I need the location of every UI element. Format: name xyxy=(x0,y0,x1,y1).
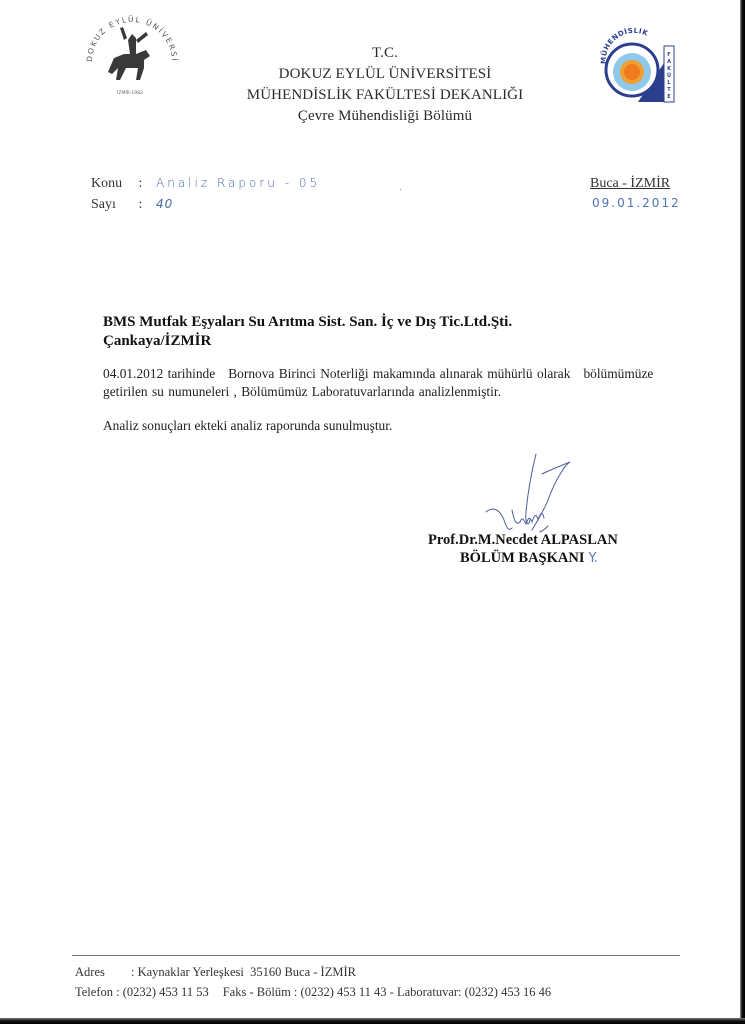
place: Buca - İZMİR xyxy=(590,173,681,194)
number-value: 40 xyxy=(156,197,173,211)
lab-value: (0232) 453 16 46 xyxy=(465,985,551,999)
header-faculty: MÜHENDİSLİK FAKÜLTESİ DEKANLIĞI xyxy=(210,85,560,106)
horseman-emblem-icon xyxy=(108,27,150,80)
letter-meta: Konu : Analiz Raporu - 05 Sayı : 40 xyxy=(91,173,320,215)
number-row: Sayı : 40 xyxy=(91,194,320,215)
footer-contact: Adres: Kaynaklar Yerleşkesi 35160 Buca -… xyxy=(75,962,551,1002)
header-department: Çevre Mühendisliği Bölümü xyxy=(210,106,560,127)
header-tc: T.C. xyxy=(210,43,560,64)
colon: : xyxy=(113,985,123,999)
stray-mark: · xyxy=(399,185,402,196)
signatory-title-row: BÖLÜM BAŞKANIY. xyxy=(428,549,628,568)
svg-text:A: A xyxy=(667,59,671,65)
subject-row: Konu : Analiz Raporu - 05 xyxy=(91,173,320,194)
address-value: Kaynaklar Yerleşkesi 35160 Buca - İZMİR xyxy=(138,965,356,979)
colon: : xyxy=(458,985,465,999)
svg-text:T: T xyxy=(667,87,671,93)
recipient-location: Çankaya/İZMİR xyxy=(103,332,512,351)
colon: : xyxy=(291,985,301,999)
subject-label: Konu xyxy=(91,173,135,194)
letterhead: T.C. DOKUZ EYLÜL ÜNİVERSİTESİ MÜHENDİSLİ… xyxy=(210,43,560,127)
colon: : xyxy=(131,965,138,979)
signatory-block: Prof.Dr.M.Necdet ALPASLAN BÖLÜM BAŞKANIY… xyxy=(428,531,628,568)
footer-divider xyxy=(72,955,680,956)
number-label: Sayı xyxy=(91,194,135,215)
scan-edge-bottom xyxy=(0,1018,745,1024)
signatory-name: Prof.Dr.M.Necdet ALPASLAN xyxy=(428,531,628,549)
lab-label: Laboratuvar xyxy=(397,985,458,999)
phone-value: (0232) 453 11 53 xyxy=(123,985,209,999)
letter-body: 04.01.2012 tarihinde Bornova Birinci Not… xyxy=(103,365,673,451)
phone-row: Telefon : (0232) 453 11 53Faks - Bölüm :… xyxy=(75,982,551,1002)
fax-value: (0232) 453 11 43 xyxy=(301,985,387,999)
signatory-title: BÖLÜM BAŞKANI xyxy=(460,550,584,566)
header-university: DOKUZ EYLÜL ÜNİVERSİTESİ xyxy=(210,64,560,85)
address-row: Adres: Kaynaklar Yerleşkesi 35160 Buca -… xyxy=(75,962,551,982)
recipient-company: BMS Mutfak Eşyaları Su Arıtma Sist. San.… xyxy=(103,313,512,332)
university-logo: DOKUZ EYLÜL ÜNİVERSİTESİ İZMİR-1982 xyxy=(80,10,180,105)
scan-edge-right xyxy=(740,0,745,1024)
recipient-block: BMS Mutfak Eşyaları Su Arıtma Sist. San.… xyxy=(103,313,512,351)
initial-mark: Y. xyxy=(588,551,597,566)
address-label: Adres xyxy=(75,962,131,982)
faculty-logo: F A K Ü L T E MÜHENDİSLİK xyxy=(598,28,676,106)
svg-text:E: E xyxy=(667,94,671,100)
colon: : xyxy=(139,194,153,215)
svg-text:F: F xyxy=(667,52,670,58)
sun-emblem-icon xyxy=(620,60,644,84)
svg-text:İZMİR-1982: İZMİR-1982 xyxy=(117,89,143,96)
subject-value: Analiz Raporu - 05 xyxy=(156,176,320,190)
body-paragraph-1: 04.01.2012 tarihinde Bornova Birinci Not… xyxy=(103,365,673,401)
place-date: Buca - İZMİR 09.01.2012 xyxy=(590,173,681,210)
fax-label: Faks - Bölüm xyxy=(223,985,291,999)
phone-label: Telefon xyxy=(75,985,113,999)
colon: : xyxy=(139,173,153,194)
date: 09.01.2012 xyxy=(592,196,681,210)
body-paragraph-2: Analiz sonuçları ekteki analiz raporunda… xyxy=(103,417,673,435)
separator: - xyxy=(387,985,397,999)
svg-text:Ü: Ü xyxy=(667,72,671,79)
